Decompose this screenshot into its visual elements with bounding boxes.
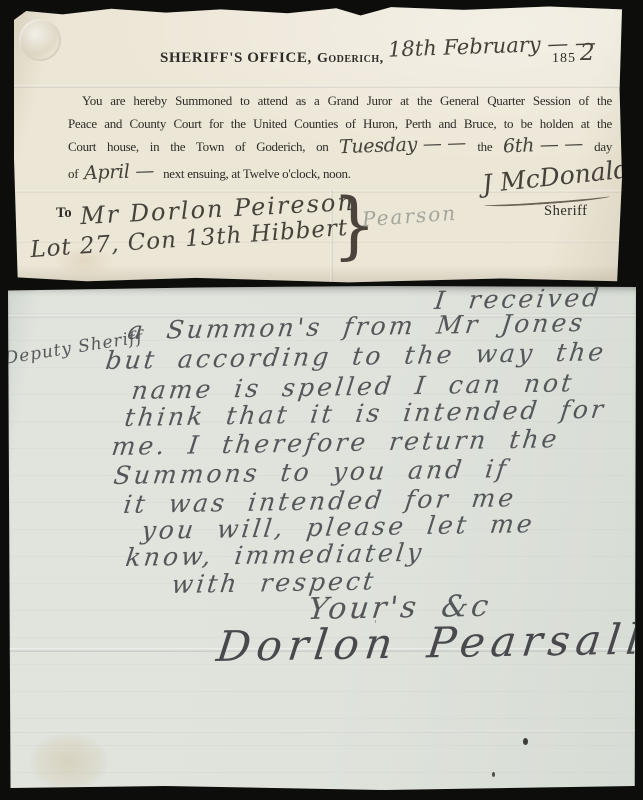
- summons-body-line-3: Court house, in the Town of Goderich, on…: [68, 133, 612, 159]
- place-heading: Goderich,: [317, 51, 384, 67]
- letter-paper: Deputy Sheriff I received a Summon's fro…: [8, 286, 636, 790]
- body-line4-of: of: [68, 166, 78, 181]
- handwritten-day-of-week: Tuesday — —: [339, 131, 467, 159]
- summons-paper: SHERIFF'S OFFICE, Goderich, 18th Februar…: [14, 6, 622, 284]
- handwritten-year-digit: 2: [580, 40, 595, 66]
- document-scan: SHERIFF'S OFFICE, Goderich, 18th Februar…: [0, 0, 643, 800]
- handwritten-month: April —: [84, 160, 155, 184]
- summons-body-line-1: You are hereby Summoned to attend as a G…: [82, 90, 612, 112]
- body-line3-printed: Court house, in the Town of Goderich, on: [68, 139, 329, 154]
- sheriff-title: Sheriff: [544, 203, 588, 220]
- sheriffs-office-heading: SHERIFF'S OFFICE,: [160, 50, 312, 67]
- fold-crease: [8, 730, 636, 733]
- summons-body-line-2: Peace and County Court for the United Co…: [68, 113, 612, 135]
- letter-line: know, immediately: [124, 538, 426, 572]
- printed-year: 185: [552, 51, 576, 67]
- handwritten-day-number: 6th — —: [503, 132, 584, 159]
- pencil-annotation: Pearson: [361, 201, 458, 232]
- body-line3-day: day: [594, 139, 612, 154]
- letter-signature: Dorlon Pearsall: [214, 615, 643, 671]
- fold-crease: [14, 85, 622, 88]
- body-line3-the: the: [477, 139, 492, 154]
- paper-stain: [30, 733, 108, 791]
- body-line4-printed: next ensuing, at Twelve o'clock, noon.: [163, 166, 351, 181]
- embossed-seal: [19, 19, 61, 61]
- to-label: To: [56, 205, 72, 222]
- ink-specks: [523, 738, 528, 745]
